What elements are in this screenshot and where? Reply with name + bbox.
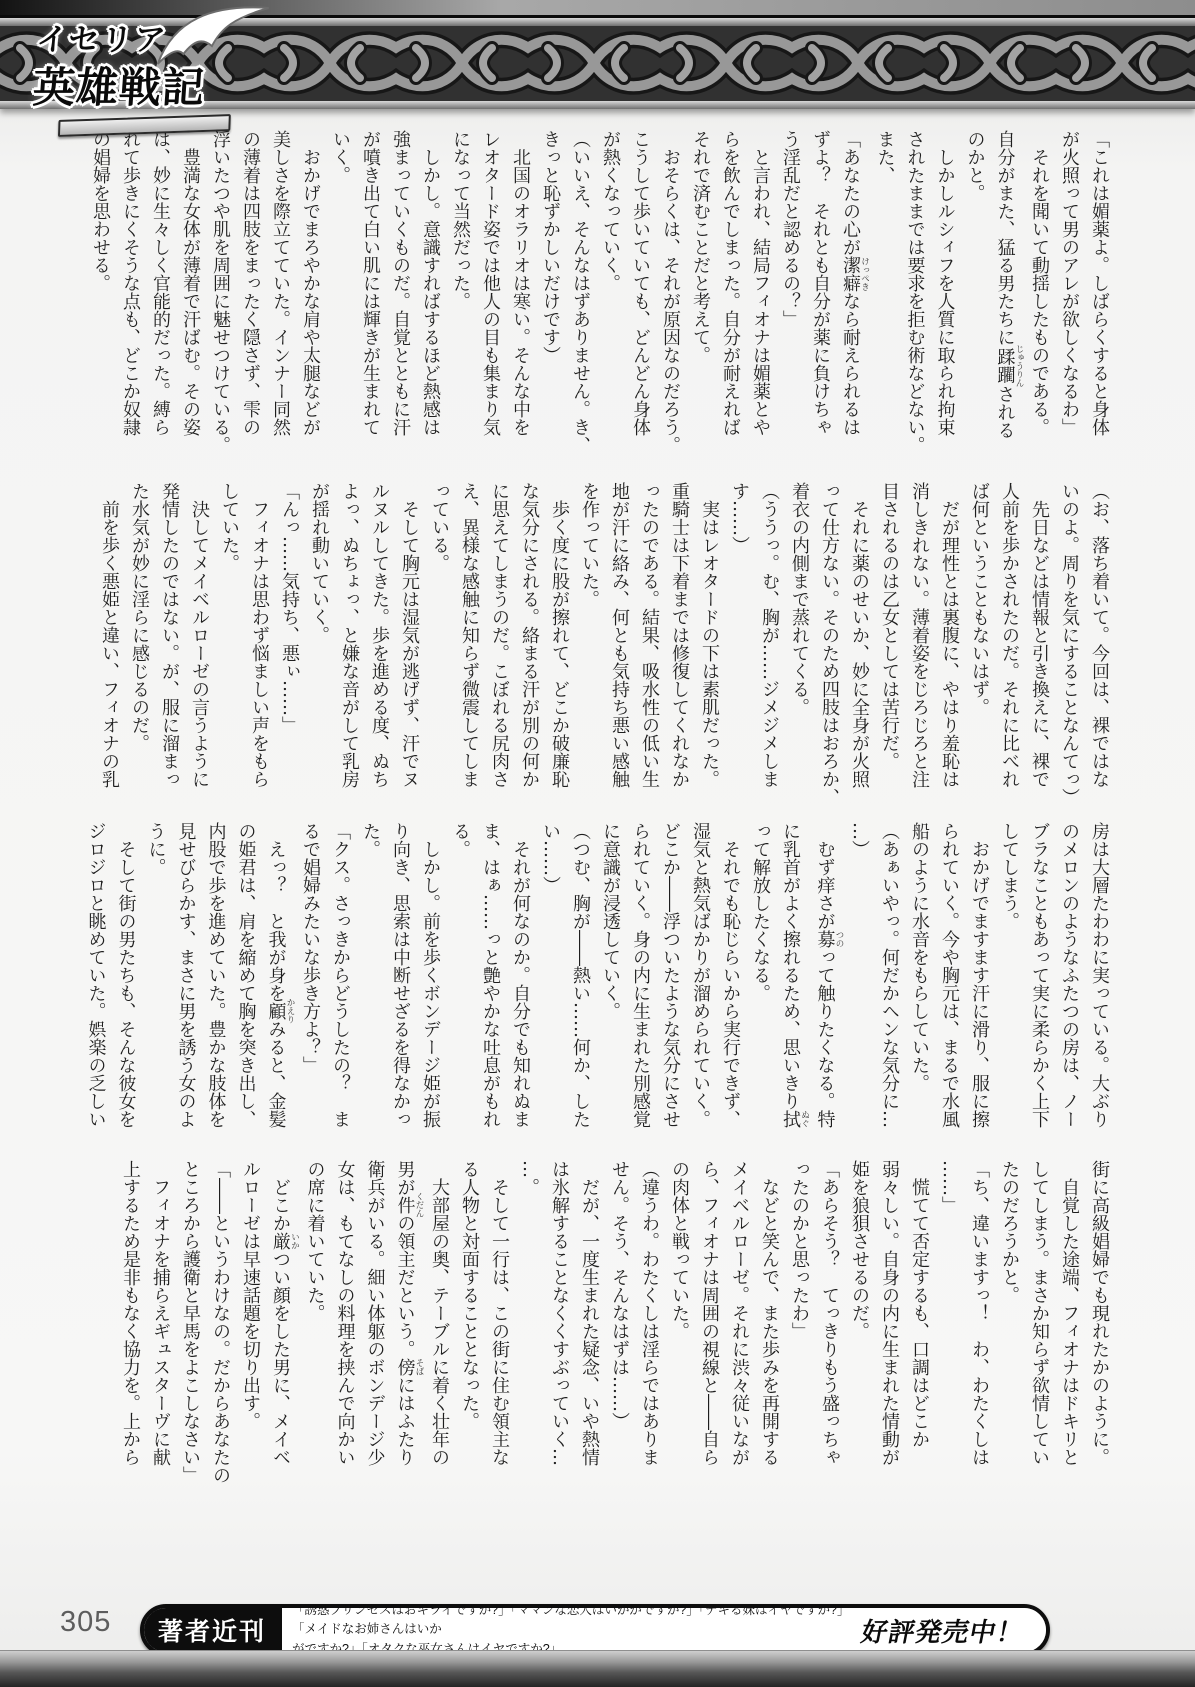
text-column: えっ？ と我が身を顧かえりみると、金髪 bbox=[261, 822, 296, 1158]
text-column: 街に高級娼婦でも現れたかのように。 bbox=[1084, 1160, 1114, 1496]
text-column: ば何ということもないはず。 bbox=[964, 482, 994, 818]
text-column: などと笑んで、また歩みを再開する bbox=[754, 1160, 784, 1496]
text-column: 前を歩く悪姫と違い、フィオナの乳 bbox=[94, 482, 124, 818]
text-column: こうして歩いていても、どんどん身体 bbox=[625, 130, 655, 466]
text-column: 大部屋の奥、テーブルに着く壮年の bbox=[424, 1160, 454, 1496]
text-column: ルローゼは早速話題を切り出す。 bbox=[235, 1160, 265, 1496]
text-column: ずよ？ それとも自分が薬に負けちゃ bbox=[805, 130, 835, 466]
text-column: 重騎士は下着までは修復してくれなか bbox=[664, 482, 694, 818]
text-column: （あぁいやっ。何だかヘンな気分に… bbox=[874, 822, 904, 1158]
text-column: に思えてしまうのだ。こぼれる尻肉さ bbox=[484, 482, 514, 818]
text-column: （ううっ。む、胸が……ジメジメしま bbox=[754, 482, 784, 818]
text-column: また、 bbox=[870, 130, 900, 466]
text-column: た。 bbox=[355, 822, 385, 1158]
text-column: 「ち、違いますっ！ わ、わたくしは bbox=[964, 1160, 994, 1496]
text-column: 自分がまた、猛る男たちに蹂躙じゅうりんされる bbox=[990, 130, 1025, 466]
text-column: だが理性とは裏腹に、やはり羞恥は bbox=[934, 482, 964, 818]
text-column: 歩く度に股が擦れて、どこか破廉恥 bbox=[544, 482, 574, 818]
text-column: ……」 bbox=[934, 1160, 964, 1496]
text-column: られていく。身の内に生まれた別感覚 bbox=[625, 822, 655, 1158]
text-column: 「クス。さっきからどうしたの？ ま bbox=[325, 822, 355, 1158]
text-column: フィオナは思わず悩ましい声をもら bbox=[244, 482, 274, 818]
text-column: って解放したくなる。 bbox=[745, 822, 775, 1158]
text-column: す……） bbox=[724, 482, 754, 818]
text-column: と言われ、結局フィオナは媚薬とや bbox=[745, 130, 775, 466]
text-column: れて歩きにくそうな点も、どこか奴隷 bbox=[115, 130, 145, 466]
text-column: う淫乱だと認めるの？」 bbox=[775, 130, 805, 466]
text-column: る。 bbox=[445, 822, 475, 1158]
text-block-4: 街に高級娼婦でも現れたかのように。 自覚した途端、フィオナはドキリとしてしまう。… bbox=[82, 1160, 1114, 1496]
text-column: そして一行は、この街に住む領主な bbox=[484, 1160, 514, 1496]
text-column: を作っていた。 bbox=[574, 482, 604, 818]
text-column: してしまう。 bbox=[994, 822, 1024, 1158]
text-column: の姫君は、肩を縮めて胸を突き出し、 bbox=[231, 822, 261, 1158]
text-column: 「あらそう？ てっきりもう盛っちゃ bbox=[814, 1160, 844, 1496]
text-column: そして街の男たちも、そんな彼女を bbox=[111, 822, 141, 1158]
text-column: 湿気と熱気ばかりが溜められていく。 bbox=[685, 822, 715, 1158]
text-column: るで娼婦みたいな歩き方よ？」 bbox=[295, 822, 325, 1158]
text-column: （お、落ち着いて。今回は、裸ではな bbox=[1084, 482, 1114, 818]
page-header: イセリア 英雄戦記 bbox=[0, 0, 1195, 115]
text-column: 「これは媚薬よ。しばらくすると身体 bbox=[1084, 130, 1114, 466]
text-column: しかしルシィフを人質に取られ拘束 bbox=[930, 130, 960, 466]
text-column: ったのである。結果、吸水性の低い生 bbox=[634, 482, 664, 818]
text-column: 目されるのは乙女としては苦行だ。 bbox=[874, 482, 904, 818]
text-column: 内股で歩を進めていた。豊かな肢体を bbox=[201, 822, 231, 1158]
text-column: のメロンのようなふたつの房は、ノー bbox=[1054, 822, 1084, 1158]
text-column: しかし。意識すればするほど熱感は bbox=[415, 130, 445, 466]
text-column: り向き、思索は中断せざるを得なかっ bbox=[385, 822, 415, 1158]
page-number: 305 bbox=[60, 1606, 111, 1639]
text-column: 美しさを際立てていた。インナー同然 bbox=[265, 130, 295, 466]
text-column: たのだろうかと。 bbox=[994, 1160, 1024, 1496]
text-column: は、妙に生々しく官能的だった。縛ら bbox=[145, 130, 175, 466]
text-column: いのよ。周りを気にすることなんてっ） bbox=[1054, 482, 1084, 818]
text-column: 衛兵がいる。細い体躯のボンデージ少 bbox=[360, 1160, 390, 1496]
text-column: それでも恥じらいから実行できず、 bbox=[715, 822, 745, 1158]
text-column: 発情したのではない。が、服に溜まっ bbox=[154, 482, 184, 818]
text-column: よっ、ぬちょっ、と嫌な音がして乳房 bbox=[334, 482, 364, 818]
text-column: ジロジロと眺めていた。娯楽の乏しい bbox=[81, 822, 111, 1158]
text-column: ま、はぁ……っと艶やかな吐息がもれ bbox=[475, 822, 505, 1158]
text-column: らを飲んでしまった。自分が耐えれば bbox=[715, 130, 745, 466]
text-column: 房は大層たわわに実っている。大ぶり bbox=[1084, 822, 1114, 1158]
text-column: いく。 bbox=[325, 130, 355, 466]
text-column: 人前を歩かされたのだ。それに比べれ bbox=[994, 482, 1024, 818]
text-column: うに。 bbox=[141, 822, 171, 1158]
text-column: それが何なのか。自分でも知れぬま bbox=[505, 822, 535, 1158]
text-column: ルヌルしてきた。歩を進める度、ぬち bbox=[364, 482, 394, 818]
text-column: していた。 bbox=[214, 482, 244, 818]
text-block-3: 房は大層たわわに実っている。大ぶりのメロンのようなふたつの房は、ノーブラなことも… bbox=[82, 822, 1114, 1158]
text-column: それに薬のせいか、妙に全身が火照 bbox=[844, 482, 874, 818]
text-block-2: （お、落ち着いて。今回は、裸ではないのよ。周りを気にすることなんてっ） 先日など… bbox=[82, 482, 1114, 818]
text-column: 強まっていくものだ。自覚とともに汗 bbox=[385, 130, 415, 466]
text-column: 豊満な女体が薄着で汗ばむ。その姿 bbox=[175, 130, 205, 466]
text-column: 弱々しい。自身の内に生まれた情動が bbox=[874, 1160, 904, 1496]
text-column: おそらくは、それが原因なのだろう。 bbox=[655, 130, 685, 466]
text-column: ったのかと思ったわ」 bbox=[784, 1160, 814, 1496]
text-column: 着衣の内側まで蒸れてくる。 bbox=[784, 482, 814, 818]
text-column: 先日などは情報と引き換えに、裸で bbox=[1024, 482, 1054, 818]
text-column: 地が汗に絡み、何とも気持ち悪い感触 bbox=[604, 482, 634, 818]
text-column: ところから護衛と早馬をよこしなさい」 bbox=[175, 1160, 205, 1496]
text-column: が熱くなっていく。 bbox=[595, 130, 625, 466]
text-column: 姫を狼狽させるのだ。 bbox=[844, 1160, 874, 1496]
text-column: た水気が妙に淫らに感じるのだ。 bbox=[124, 482, 154, 818]
text-column: 実はレオタードの下は素肌だった。 bbox=[694, 482, 724, 818]
text-column: どこか――浮ついたような気分にさせ bbox=[655, 822, 685, 1158]
logo-title-line2: 英雄戦記 bbox=[31, 55, 235, 115]
text-column: そして胸元は湿気が逃げず、汗でヌ bbox=[394, 482, 424, 818]
text-column: …） bbox=[844, 822, 874, 1158]
text-column: られていく。今や胸元は、まるで水風 bbox=[934, 822, 964, 1158]
logo-title-line1: イセリア bbox=[35, 14, 238, 59]
text-column: が噴き出て白い肌には輝きが生まれて bbox=[355, 130, 385, 466]
book-titles-line: 「誘惑プリンセスはおキライですか?」「ママンな恋人はいかがですか?」「デキる妹は… bbox=[292, 1604, 856, 1640]
text-column: それで済むことだと考えて。 bbox=[685, 130, 715, 466]
text-column: しかし。前を歩くボンデージ姫が振 bbox=[415, 822, 445, 1158]
text-column: どこか厳いかつい顔をした男に、メイベ bbox=[265, 1160, 300, 1496]
text-column: むず痒さが募つのって触りたくなる。特 bbox=[810, 822, 845, 1158]
book-titles: 「誘惑プリンセスはおキライですか?」「ママンな恋人はいかがですか?」「デキる妹は… bbox=[292, 1604, 856, 1656]
text-column: （いいえ、そんなはずありません。き、 bbox=[565, 130, 595, 466]
text-column: …。 bbox=[514, 1160, 544, 1496]
author-books-body: 「誘惑プリンセスはおキライですか?」「ママンな恋人はいかがですか?」「デキる妹は… bbox=[282, 1608, 1046, 1652]
text-column: 消しきれない。薄着姿をじろじろと注 bbox=[904, 482, 934, 818]
text-column: になって当然だった。 bbox=[445, 130, 475, 466]
promo-badge: 好評発売中！ bbox=[858, 1612, 1037, 1649]
text-column: してしまう。まさか知らず欲情してい bbox=[1024, 1160, 1054, 1496]
text-column: の肉体と戦っていた。 bbox=[664, 1160, 694, 1496]
text-column: の席に着いていた。 bbox=[300, 1160, 330, 1496]
text-column: に意識が浸透していく。 bbox=[595, 822, 625, 1158]
text-column: 船のように水音をもらしていた。 bbox=[904, 822, 934, 1158]
text-column: 慌てて否定するも、口調はどこか bbox=[904, 1160, 934, 1496]
novel-page: イセリア 英雄戦記 「これは媚薬よ。しばらくすると身体が火照って男のアレが欲しく… bbox=[0, 0, 1195, 1687]
text-column: 自覚した途端、フィオナはドキリと bbox=[1054, 1160, 1084, 1496]
text-column: レオタード姿では他人の目も集まり気 bbox=[475, 130, 505, 466]
text-column: 見せびらかす、まさに男を誘う女のよ bbox=[171, 822, 201, 1158]
bottom-bar bbox=[0, 1650, 1195, 1687]
text-column: 決してメイベルローゼの言うように bbox=[184, 482, 214, 818]
text-column: （つむ、胸が――熱い……何か、した bbox=[565, 822, 595, 1158]
text-column: ら、フィオナは周囲の視線と――自ら bbox=[694, 1160, 724, 1496]
text-column: な気分にされる。絡まる汗が別の何か bbox=[514, 482, 544, 818]
text-column: が揺れ動いていく。 bbox=[304, 482, 334, 818]
text-column: ブラなこともあって実に柔らかく上下 bbox=[1024, 822, 1054, 1158]
text-column: の薄着は四肢をまったく隠さず、雫の bbox=[235, 130, 265, 466]
text-column: だが、一度生まれた疑念、いや熱情 bbox=[574, 1160, 604, 1496]
text-column: フィオナを捕らえギュスターヴに献 bbox=[145, 1160, 175, 1496]
text-column: って仕方ない。そのため四肢はおろか、 bbox=[814, 482, 844, 818]
logo-ribbon-icon bbox=[58, 114, 231, 137]
text-column: 北国のオラリオは寒い。そんな中を bbox=[505, 130, 535, 466]
text-column: 浮いたつや肌を周囲に魅せつけている。 bbox=[205, 130, 235, 466]
text-column: のかと。 bbox=[960, 130, 990, 466]
text-column: の娼婦を思わせる。 bbox=[85, 130, 115, 466]
text-column: 男が件くだんの領主だという。傍そばにはふたり bbox=[390, 1160, 425, 1496]
text-column: 「――というわけなの。だからあなたの bbox=[205, 1160, 235, 1496]
logo: イセリア 英雄戦記 bbox=[30, 14, 238, 134]
text-column: に乳首がよく擦れるため、思いきり拭ぬぐ bbox=[775, 822, 810, 1158]
text-column: え、異様な感触に知らず微震してしま bbox=[454, 482, 484, 818]
text-column: （違うわ。わたくしは淫らではありま bbox=[634, 1160, 664, 1496]
text-column: おかげでまろやかな肩や太腿などが bbox=[295, 130, 325, 466]
text-column: 女は、もてなしの料理を挟んで向かい bbox=[330, 1160, 360, 1496]
text-column: っている。 bbox=[424, 482, 454, 818]
author-recent-books-bar: 著者近刊 「誘惑プリンセスはおキライですか?」「ママンな恋人はいかがですか?」「… bbox=[140, 1604, 1050, 1656]
text-column: い……） bbox=[535, 822, 565, 1158]
text-column: 上するため是非もなく協力を。上から bbox=[115, 1160, 145, 1496]
text-column: 「あなたの心が潔癖けっぺきなら耐えられるは bbox=[835, 130, 870, 466]
text-column: は氷解することなくくすぶっていく… bbox=[544, 1160, 574, 1496]
text-column: 「んっ……気持ち、悪ぃ……」 bbox=[274, 482, 304, 818]
text-column: きっと恥ずかしいだけです） bbox=[535, 130, 565, 466]
author-books-label: 著者近刊 bbox=[144, 1608, 282, 1652]
text-block-1: 「これは媚薬よ。しばらくすると身体が火照って男のアレが欲しくなるわ」 それを聞い… bbox=[82, 130, 1114, 466]
text-column: せん。そう、そんなはずは……） bbox=[604, 1160, 634, 1496]
text-column: おかげでますます汗に滑り、服に擦 bbox=[964, 822, 994, 1158]
text-column: が火照って男のアレが欲しくなるわ」 bbox=[1054, 130, 1084, 466]
text-column: それを聞いて動揺したものである。 bbox=[1024, 130, 1054, 466]
text-column: メイベルローゼ。それに渋々従いなが bbox=[724, 1160, 754, 1496]
text-column: る人物と対面することとなった。 bbox=[454, 1160, 484, 1496]
text-column: されたままでは要求を拒む術などない。 bbox=[900, 130, 930, 466]
